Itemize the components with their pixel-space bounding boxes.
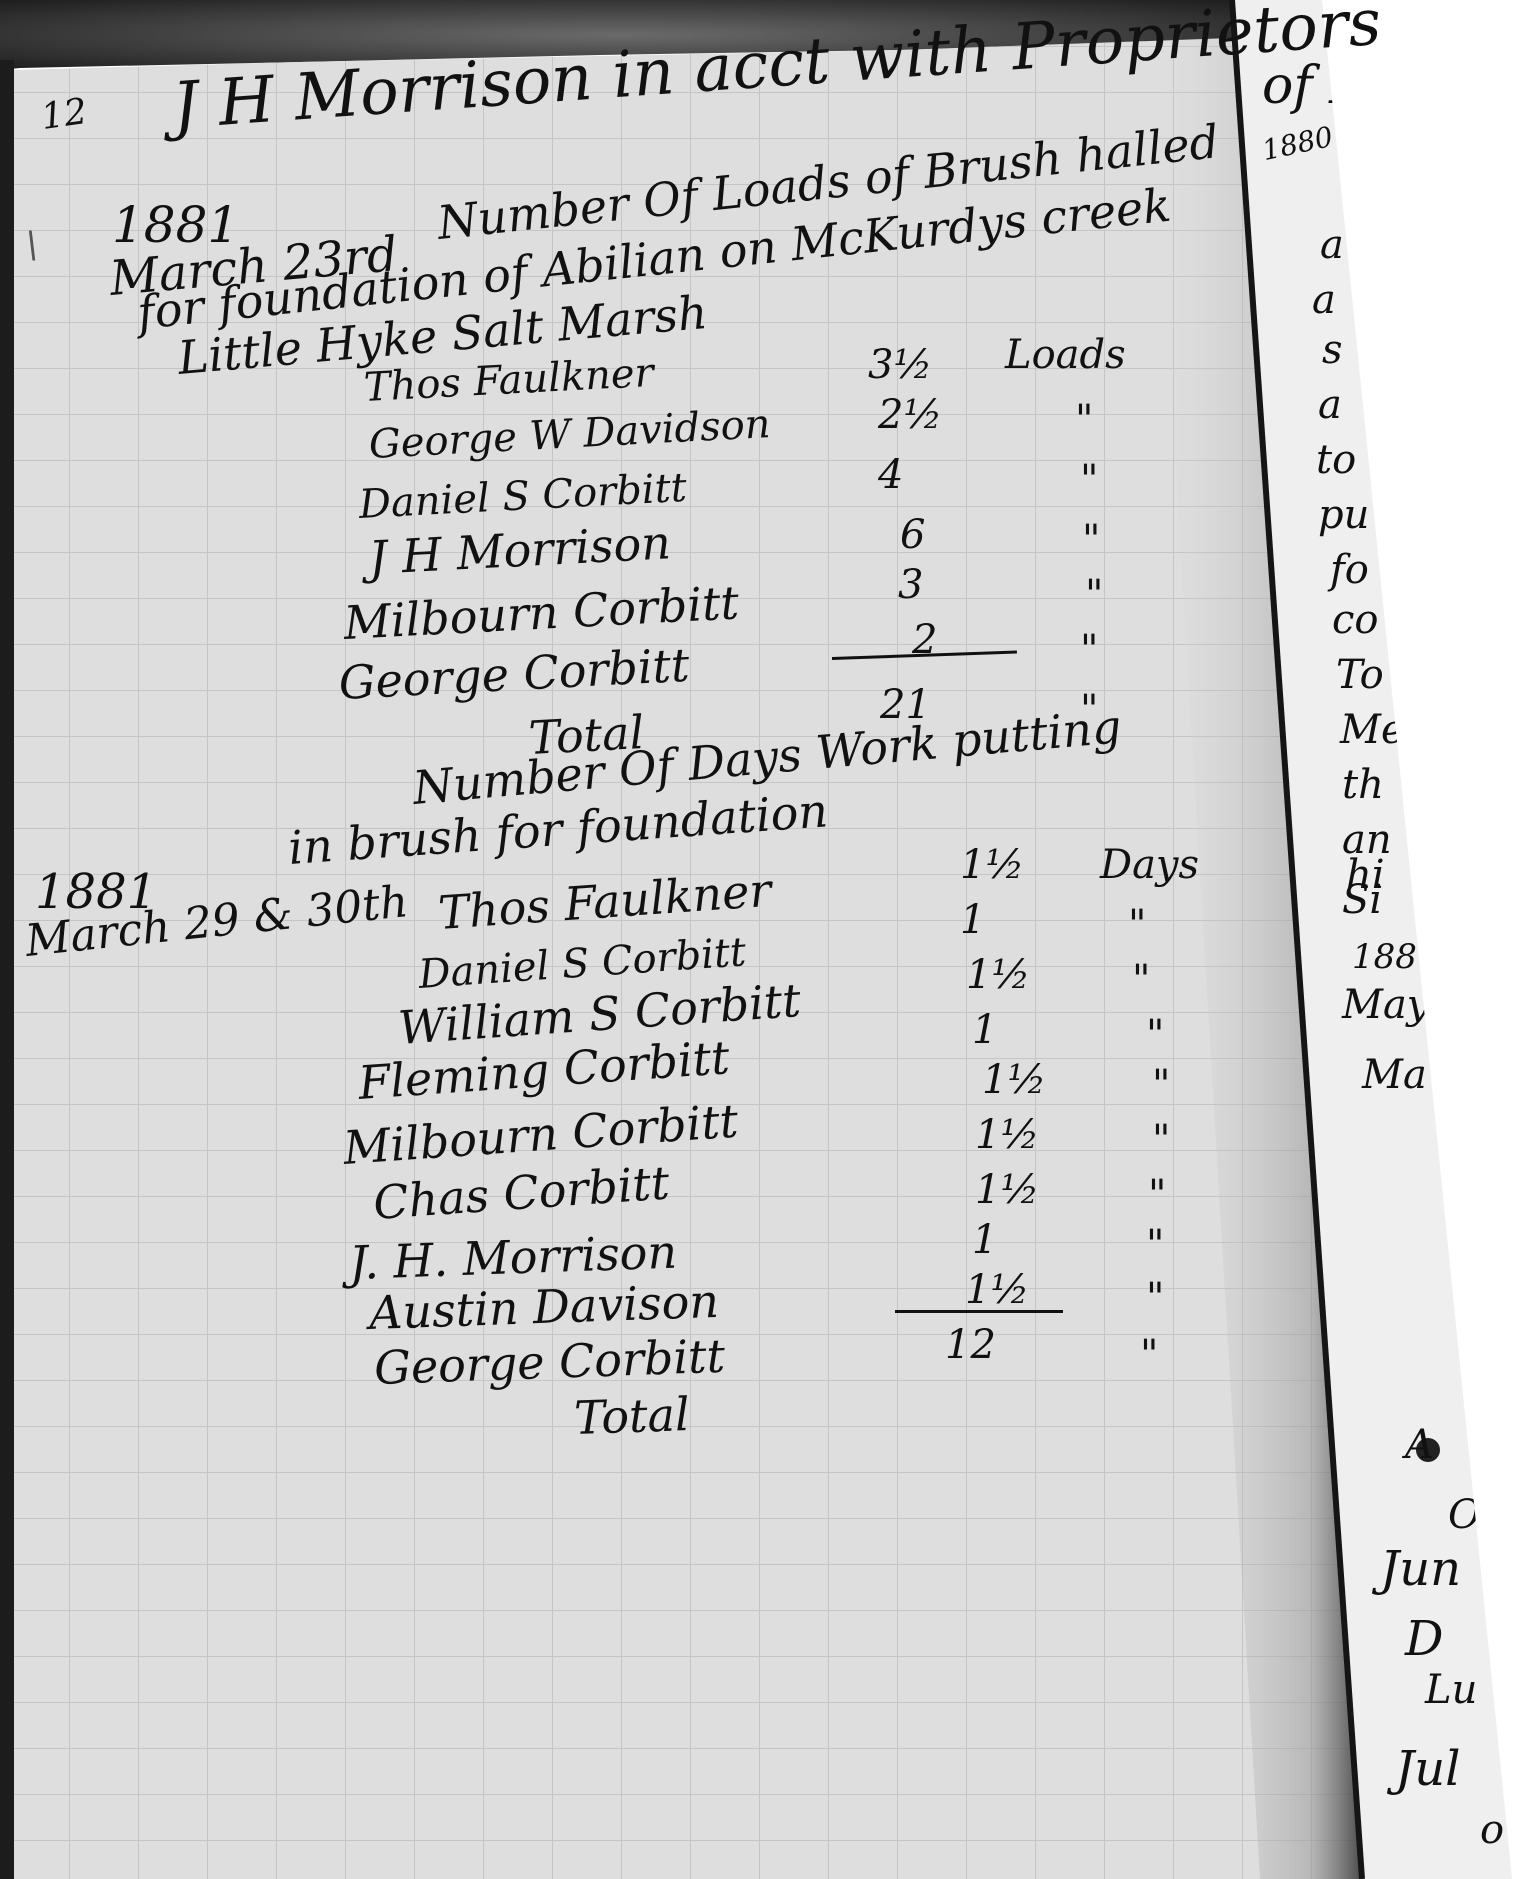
s1-row4-qty: 6 [900, 515, 925, 555]
s2-row8-qty: 1 [972, 1220, 997, 1260]
s2-total-qty: 12 [945, 1325, 996, 1365]
margin-tick: \ [26, 228, 38, 264]
facing-fragment: 188 [1352, 940, 1417, 974]
s2-row4-unit: " [1146, 1015, 1164, 1055]
s1-row1-qty: 3½ [868, 345, 932, 385]
facing-fragment: fo [1330, 550, 1369, 590]
facing-fragment: a [1312, 280, 1336, 320]
facing-fragment: To [1336, 655, 1384, 695]
s2-row9-qty: 1½ [965, 1270, 1029, 1310]
s2-row2-unit: " [1128, 905, 1146, 945]
s1-row1-unit: Loads [1005, 335, 1126, 375]
s2-row5-unit: " [1152, 1065, 1170, 1105]
s2-row9-unit: " [1146, 1278, 1164, 1318]
facing-fragment: pu [1318, 495, 1369, 535]
s1-row3-qty: 4 [878, 455, 903, 495]
facing-year: 1880 [1260, 123, 1336, 165]
facing-fragment: o [1480, 1810, 1504, 1850]
s1-row5-qty: 3 [898, 565, 923, 605]
s2-row4-qty: 1 [972, 1010, 997, 1050]
s2-row3-unit: " [1132, 960, 1150, 1000]
s2-row1-unit: Days [1100, 845, 1199, 885]
facing-fragment: Jun [1380, 1545, 1461, 1593]
s2-total-unit: " [1140, 1335, 1158, 1375]
s1-row3-unit: " [1080, 460, 1098, 500]
facing-fragment: D [1405, 1615, 1443, 1663]
facing-fragment: Ma [1362, 1055, 1427, 1095]
page-number: 12 [39, 94, 89, 136]
s2-row8-unit: " [1146, 1225, 1164, 1265]
facing-fragment: a [1318, 385, 1342, 425]
facing-fragment: a [1320, 225, 1344, 265]
facing-fragment: to [1316, 440, 1356, 480]
facing-fragment: A [1405, 1425, 1434, 1465]
facing-fragment: Lu [1425, 1670, 1477, 1710]
facing-fragment: th [1342, 765, 1384, 805]
facing-fragment: co [1332, 600, 1378, 640]
s2-row6-qty: 1½ [975, 1115, 1039, 1155]
s1-row2-unit: " [1075, 400, 1093, 440]
s2-subtotal-rule [895, 1310, 1063, 1313]
s2-total-label: Total [573, 1391, 690, 1441]
s1-row6-unit: " [1080, 630, 1098, 670]
s2-row8-name: Austin Davison [368, 1278, 719, 1336]
s2-row1-qty: 1½ [960, 845, 1024, 885]
s2-row7-qty: 1½ [975, 1170, 1039, 1210]
s2-row7-unit: " [1148, 1175, 1166, 1215]
s1-row4-unit: " [1082, 520, 1100, 560]
s2-row9-name: George Corbitt [373, 1333, 725, 1391]
s2-row2-qty: 1 [960, 900, 985, 940]
s2-row3-qty: 1½ [966, 955, 1030, 995]
s1-row5-unit: " [1085, 575, 1103, 615]
s2-row6-unit: " [1152, 1120, 1170, 1160]
facing-fragment: May [1342, 985, 1429, 1025]
facing-fragment: s [1322, 330, 1343, 370]
s2-row5-qty: 1½ [982, 1060, 1046, 1100]
s1-row2-qty: 2½ [878, 395, 942, 435]
facing-fragment: Si [1342, 880, 1382, 920]
facing-fragment: Jul [1395, 1745, 1461, 1793]
